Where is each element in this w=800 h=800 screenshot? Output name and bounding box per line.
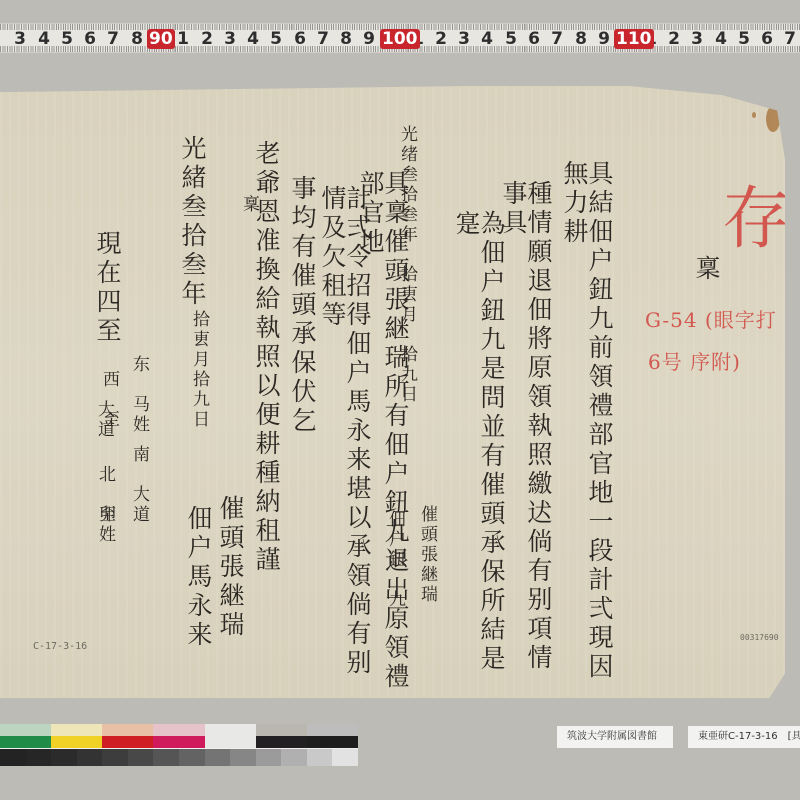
ruler-number: 3: [220, 29, 240, 49]
ruler-number: 1: [173, 29, 193, 49]
stain-mark: [766, 106, 780, 132]
color-chart-gray-row: [0, 749, 358, 766]
accession-number-right: 00317690: [740, 633, 779, 642]
ruler-number: 5: [266, 29, 286, 49]
ruler-number: 7: [547, 29, 567, 49]
ruler-number: 8: [571, 29, 591, 49]
text-column: 種情願退佃將原領執照繳迖倘有别項情事具: [501, 180, 551, 698]
ruler-number: 4: [477, 29, 497, 49]
ruler-number: 4: [243, 29, 263, 49]
ruler-number: 2: [664, 29, 684, 49]
ruler-number: 5: [501, 29, 521, 49]
catalog-label: 東亜研C-17-3-16 [具結: [688, 726, 800, 748]
ruler-number: 5: [57, 29, 77, 49]
color-swatch: [205, 736, 256, 748]
ruler-number: 6: [524, 29, 544, 49]
color-swatch: [307, 736, 358, 748]
ruler-major-number: 100: [380, 29, 420, 49]
ruler-number: 9: [359, 29, 379, 49]
ruler-number: 2: [431, 29, 451, 49]
color-swatch: [102, 749, 128, 766]
red-annotation-line2: 6号 序附): [648, 352, 741, 372]
text-column: 催頭張継瑞: [418, 505, 435, 605]
color-swatch: [256, 724, 307, 736]
color-swatch: [256, 736, 307, 748]
text-column: 拾叀月拾九日: [190, 310, 207, 430]
stain-mark: [752, 112, 756, 118]
ruler-number: 9: [594, 29, 614, 49]
text-column: 佃户馬永来: [186, 505, 211, 650]
text-column: 稟: [240, 195, 257, 215]
ruler-number: 4: [711, 29, 731, 49]
ruler-number: 3: [454, 29, 474, 49]
color-swatch: [128, 749, 154, 766]
color-swatch: [153, 749, 179, 766]
ruler-number: 2: [197, 29, 217, 49]
text-column: 催頭張継瑞: [218, 495, 243, 640]
color-swatch: [205, 749, 231, 766]
color-swatch: [51, 736, 102, 748]
color-swatch: [230, 749, 256, 766]
ruler-number: 6: [757, 29, 777, 49]
color-swatch: [102, 736, 153, 748]
text-column: 东 马姓: [130, 355, 147, 435]
color-swatch: [256, 749, 282, 766]
accession-number-left: C-17-3-16: [33, 641, 87, 652]
text-column: 大道: [95, 400, 112, 440]
document-paper: 具結佃户鈕九前領禮部官地一段計弍現因無力耕種情願退佃將原領執照繳迖倘有别項情事具…: [0, 86, 785, 698]
color-chart-mid-row: [0, 736, 358, 748]
ruler-number: 6: [80, 29, 100, 49]
ruler-major-number: 90: [147, 29, 175, 49]
ruler-number: 7: [313, 29, 333, 49]
ruler-number: 3: [687, 29, 707, 49]
text-column: 具結佃户鈕九前領禮部官地一段計弍現因無力耕: [562, 160, 612, 698]
color-swatch: [332, 749, 358, 766]
color-chart-top-row: [0, 724, 358, 736]
color-swatch: [77, 749, 103, 766]
measuring-ruler: 3456789123456789123456789123456790100110: [0, 23, 800, 53]
color-swatch: [179, 749, 205, 766]
color-swatch: [0, 749, 26, 766]
ruler-number: 4: [34, 29, 54, 49]
ruler-number: 7: [780, 29, 800, 49]
red-annotation-line1: G-54 (眼字打: [645, 310, 777, 330]
text-column: 為佃户鈕九是問並有催頭承保所結是寔: [454, 210, 504, 698]
text-column: 稟: [694, 255, 719, 284]
red-archive-mark: 存: [722, 186, 790, 254]
color-swatch: [307, 749, 333, 766]
color-swatch: [153, 724, 204, 736]
text-column: 計弍令招得佃户馬永来堪以承領倘有别情及欠租等: [320, 185, 370, 698]
ruler-number: 3: [10, 29, 30, 49]
color-swatch: [307, 724, 358, 736]
color-calibration-chart: [0, 724, 358, 766]
ruler-number: 6: [290, 29, 310, 49]
library-label: 筑波大学附属図書館: [557, 726, 673, 748]
text-column: 事均有催頭承保伏乞: [290, 175, 315, 436]
color-swatch: [51, 749, 77, 766]
ruler-number: 8: [127, 29, 147, 49]
color-swatch: [26, 749, 52, 766]
ruler-number: 5: [734, 29, 754, 49]
color-swatch: [205, 724, 256, 736]
ruler-number: 8: [336, 29, 356, 49]
color-swatch: [0, 736, 51, 748]
color-swatch: [153, 736, 204, 748]
text-column: 卯姓: [96, 505, 113, 545]
ruler-number: 7: [103, 29, 123, 49]
text-column: 南 大道: [130, 445, 147, 525]
text-column: 現在四至: [95, 230, 120, 346]
ruler-major-number: 110: [614, 29, 654, 49]
color-swatch: [0, 724, 51, 736]
text-column: 光緒叁拾叁年: [180, 135, 205, 309]
color-swatch: [51, 724, 102, 736]
color-swatch: [102, 724, 153, 736]
color-swatch: [281, 749, 307, 766]
